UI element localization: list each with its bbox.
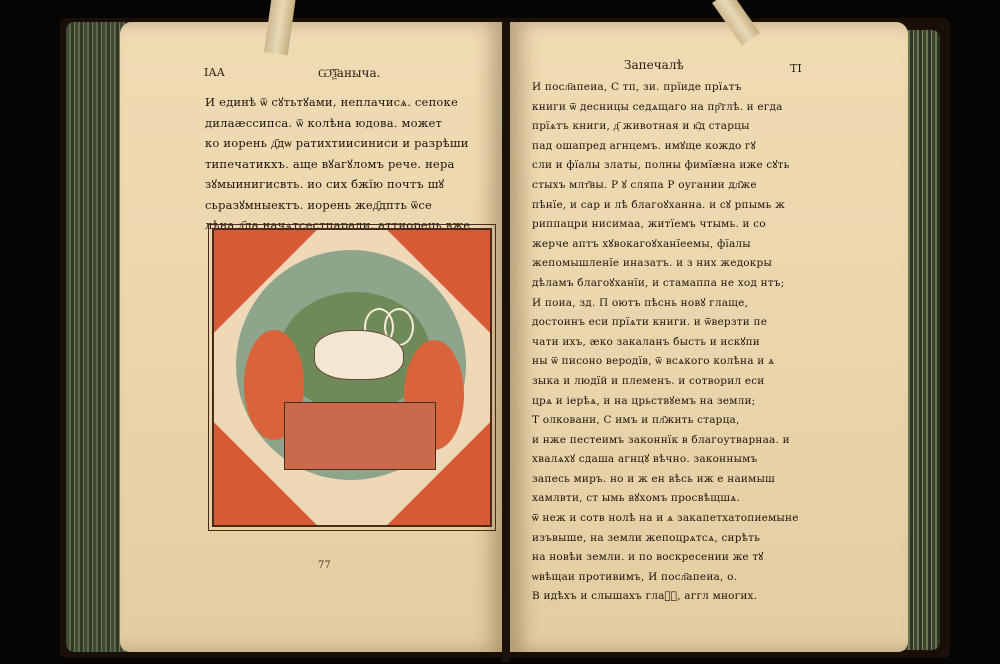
text-line: на новѣи земли. и по воскресении же тꙋ bbox=[532, 548, 799, 568]
text-line: книги ѿ десницы седѧщаго на пр҃тлѣ. и ег… bbox=[532, 98, 799, 118]
right-folio-number: ТІ bbox=[790, 62, 802, 75]
text-line: ѿ неж и сотв нолѣ на и ѧ закапетхатопием… bbox=[532, 509, 799, 529]
text-line: жепомышленїе иназатъ. и з них жедокры bbox=[532, 254, 799, 274]
text-line: ѡвѣщаи противимъ, И посл҃апеиа, о. bbox=[532, 568, 799, 588]
text-line: жерче аптъ хꙋвокагоꙋханїеемы, фїалы bbox=[532, 235, 799, 255]
text-line: Т олковани, С имъ и пл҃жить старца, bbox=[532, 411, 799, 431]
right-page-heading: Запечалѣ bbox=[624, 58, 684, 72]
text-line: достоинъ еси прїѧти книги. и ѿверзти пе bbox=[532, 313, 799, 333]
text-line: сьразꙋмныектъ. иорень жед҃дпть ѿсе bbox=[205, 195, 470, 216]
text-line: зꙋмыинигисвть. ио сих бжїю почтъ шꙋ bbox=[205, 174, 470, 195]
text-line: изъвыше, на земли жепоцрѧтсѧ, сирѣть bbox=[532, 529, 799, 549]
text-line: И посл҃апеиа, С тп, зи. прїиде прїѧтъ bbox=[532, 78, 799, 98]
left-folio-number: ІАА bbox=[204, 66, 225, 79]
text-line: типечатикхъ. аще вꙋагꙋломъ рече. нера bbox=[205, 154, 470, 175]
text-line: ко иорень д҃дѡ ратихтиисиниси и разрѣши bbox=[205, 133, 470, 154]
text-line: И поиа, зд. П оютъ пѣснь новꙋ глаще, bbox=[532, 294, 799, 314]
text-line: пѣнїе, и сар и лѣ благоꙋханна. и сꙋ рпым… bbox=[532, 196, 799, 216]
text-line: дѣламъ благоꙋханїи, и стамаппа не ход нт… bbox=[532, 274, 799, 294]
text-line: запесь миръ. но и ж ен вѣсь иж е наимыш bbox=[532, 470, 799, 490]
book-gutter bbox=[502, 22, 510, 662]
text-line: црѧ и іерѣѧ, и на црьствꙋемъ на земли; bbox=[532, 392, 799, 412]
text-line: прїѧтъ книги, д҃ животная и к҃д старцы bbox=[532, 117, 799, 137]
text-line: и нже пестеимъ законнїк в благоутварнаа.… bbox=[532, 431, 799, 451]
text-line: хвалѧхꙋ сдаша агнцꙋ вѣчно. законнымъ bbox=[532, 450, 799, 470]
folio-note: 77 bbox=[318, 560, 331, 571]
text-line: дилаӕссипса. ѿ колѣна юдова. может bbox=[205, 113, 470, 134]
text-line: В идѣхъ и слышахъ глаⷭ҇, аггл многих. bbox=[532, 587, 799, 607]
lamb-figure bbox=[314, 330, 404, 380]
left-page-heading: Ѡ҃ѯ҃аныча. bbox=[318, 66, 380, 81]
text-line: стыхъ млт҃вы. Р ꙋ сляпа Р оугании дл҃же bbox=[532, 176, 799, 196]
text-line: пад ошапред агнцемъ. имꙋще кождо гꙋ bbox=[532, 137, 799, 157]
altar bbox=[284, 402, 436, 470]
text-line: чати ихъ, ӕко закаланъ бысть и искꙋпи bbox=[532, 333, 799, 353]
right-page-text: И посл҃апеиа, С тп, зи. прїиде прїѧтъ кн… bbox=[532, 78, 799, 607]
text-line: зыка и людїй и племенъ. и сотворил еси bbox=[532, 372, 799, 392]
text-line: сли и фїалы златы, полны фимїӕна иже сꙋт… bbox=[532, 156, 799, 176]
text-line: ны ѿ писоно веродїв, ѿ всѧкого колѣна и … bbox=[532, 352, 799, 372]
illuminated-miniature bbox=[212, 228, 492, 527]
text-line: хамлвти, ст ымь вꙋхомъ просвѣщшѧ. bbox=[532, 489, 799, 509]
text-line: риппацри нисимаа, житїемъ чтымь. и со bbox=[532, 215, 799, 235]
text-line: И единѣ ѿ сꙋтьтꙋами, неплачисѧ. сепоке bbox=[205, 92, 470, 113]
